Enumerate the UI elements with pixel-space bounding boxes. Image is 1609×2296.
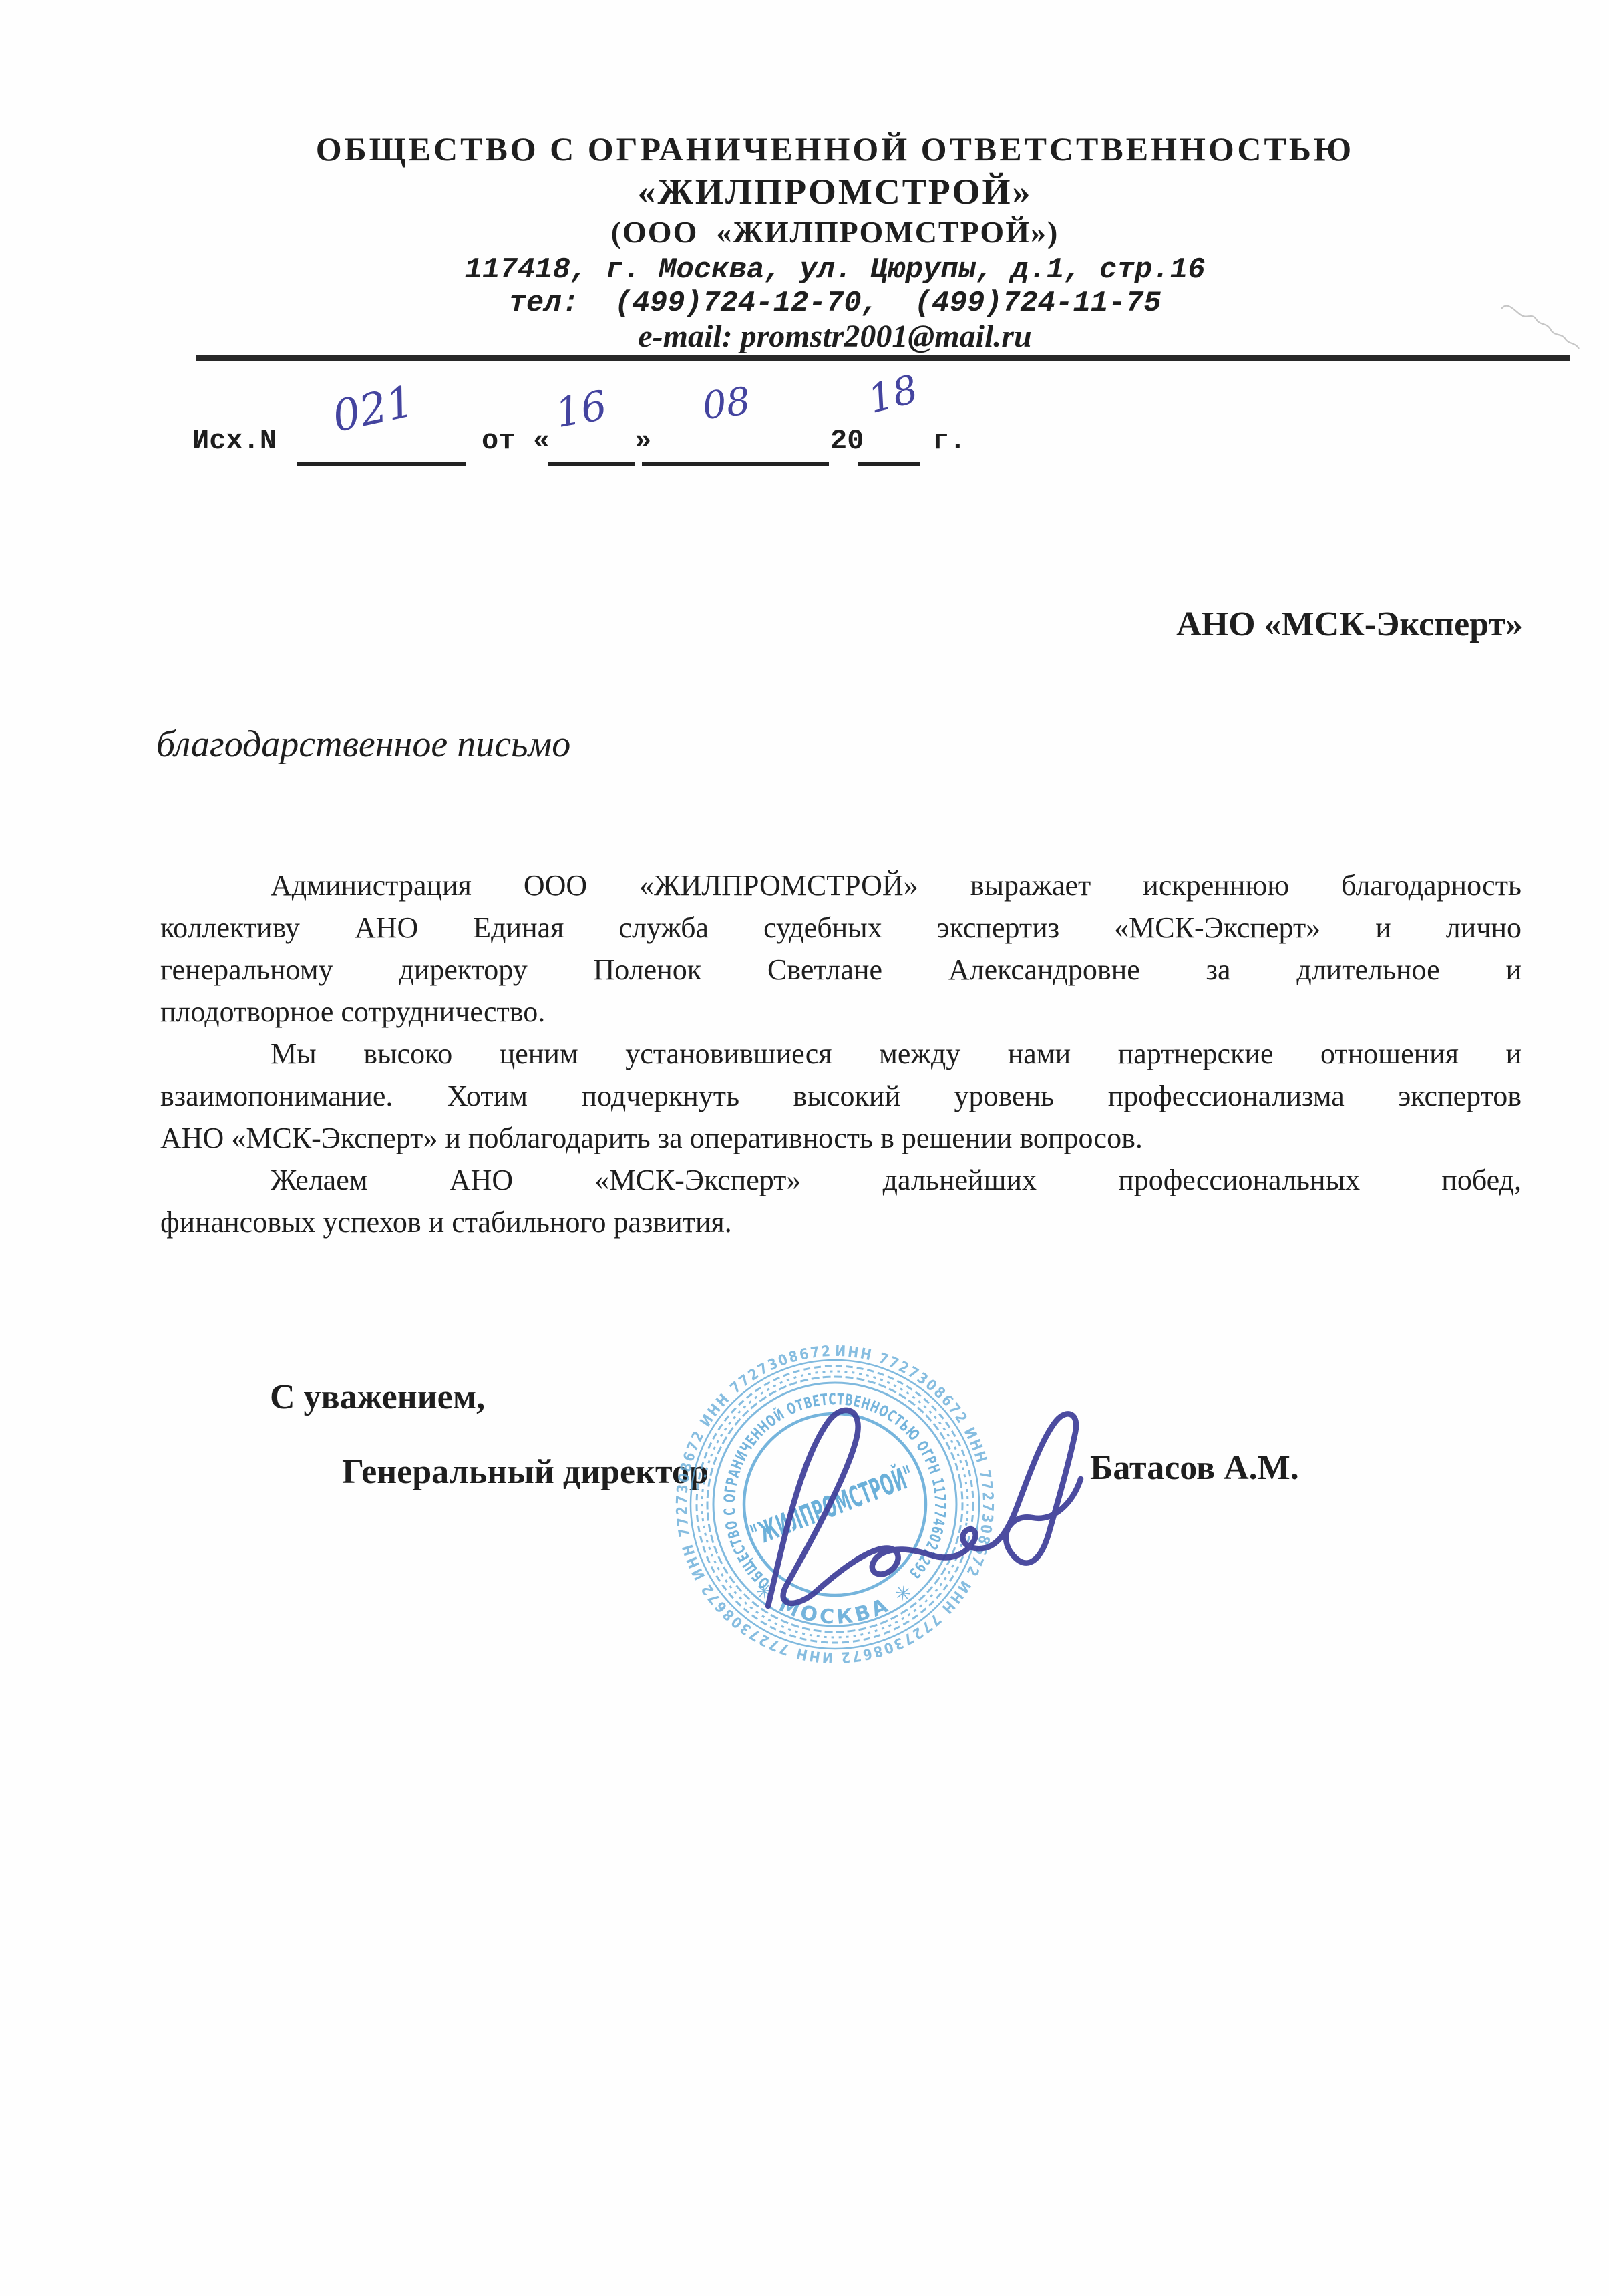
company-email-line: e-mail: promstr2001@mail.ru bbox=[98, 318, 1572, 355]
open-quote: « bbox=[533, 425, 550, 457]
ref-day-blank bbox=[548, 462, 635, 466]
signer-title: Генеральный директор bbox=[342, 1452, 709, 1492]
closing-regards: С уважением, bbox=[270, 1377, 485, 1417]
ref-year-unit: г. bbox=[932, 425, 966, 457]
recipient: АНО «МСК-Эксперт» bbox=[160, 605, 1523, 644]
scan-artifact-squiggle bbox=[1496, 294, 1590, 361]
handwritten-month: 08 bbox=[700, 379, 753, 428]
ref-number-blank bbox=[297, 462, 466, 466]
body-line: взаимопонимание. Хотим подчеркнуть высок… bbox=[160, 1075, 1522, 1117]
subject-line: благодарственное письмо bbox=[156, 723, 570, 766]
body-line: плодотворное сотрудничество. bbox=[160, 991, 1522, 1033]
body-line: генеральному директору Поленок Светлане … bbox=[160, 949, 1522, 991]
email-address: promstr2001@mail.ru bbox=[741, 319, 1032, 357]
body-line: Мы высоко ценим установившиеся между нам… bbox=[160, 1033, 1522, 1075]
company-address: 117418, г. Москва, ул. Цюрупы, д.1, стр.… bbox=[98, 253, 1572, 287]
ref-month-blank bbox=[642, 462, 829, 466]
company-name-short: «ЖИЛПРОМСТРОЙ» bbox=[98, 171, 1572, 212]
letter-body: Администрация ООО «ЖИЛПРОМСТРОЙ» выражае… bbox=[160, 864, 1522, 1243]
ref-century: 20 bbox=[830, 425, 864, 457]
email-label: e-mail: bbox=[638, 319, 740, 354]
ref-from-label: от bbox=[482, 425, 515, 457]
letterhead-divider bbox=[196, 355, 1570, 361]
signature-stroke bbox=[768, 1410, 1081, 1606]
handwritten-day: 16 bbox=[552, 382, 610, 437]
letter-page: ОБЩЕСТВО С ОГРАНИЧЕННОЙ ОТВЕТСТВЕННОСТЬЮ… bbox=[0, 0, 1609, 2296]
body-line: финансовых успехов и стабильного развити… bbox=[160, 1201, 1522, 1243]
ref-label: Исх.N bbox=[192, 425, 277, 457]
ref-year-blank bbox=[858, 462, 920, 466]
director-signature bbox=[721, 1376, 1135, 1657]
close-quote: » bbox=[635, 425, 651, 457]
company-name-abbr: (ООО «ЖИЛПРОМСТРОЙ») bbox=[98, 214, 1572, 250]
body-line: АНО «МСК-Эксперт» и поблагодарить за опе… bbox=[160, 1117, 1522, 1159]
artifact-stroke bbox=[1501, 306, 1579, 349]
company-phone: тел: (499)724-12-70, (499)724-11-75 bbox=[98, 287, 1572, 320]
body-line: Администрация ООО «ЖИЛПРОМСТРОЙ» выражае… bbox=[160, 864, 1522, 907]
handwritten-outgoing-number: 021 bbox=[329, 377, 419, 442]
handwritten-year: 18 bbox=[864, 366, 922, 422]
company-name-full: ОБЩЕСТВО С ОГРАНИЧЕННОЙ ОТВЕТСТВЕННОСТЬЮ bbox=[98, 130, 1572, 168]
body-line: коллективу АНО Единая служба судебных эк… bbox=[160, 907, 1522, 949]
body-line: Желаем АНО «МСК-Эксперт» дальнейших проф… bbox=[160, 1159, 1522, 1201]
